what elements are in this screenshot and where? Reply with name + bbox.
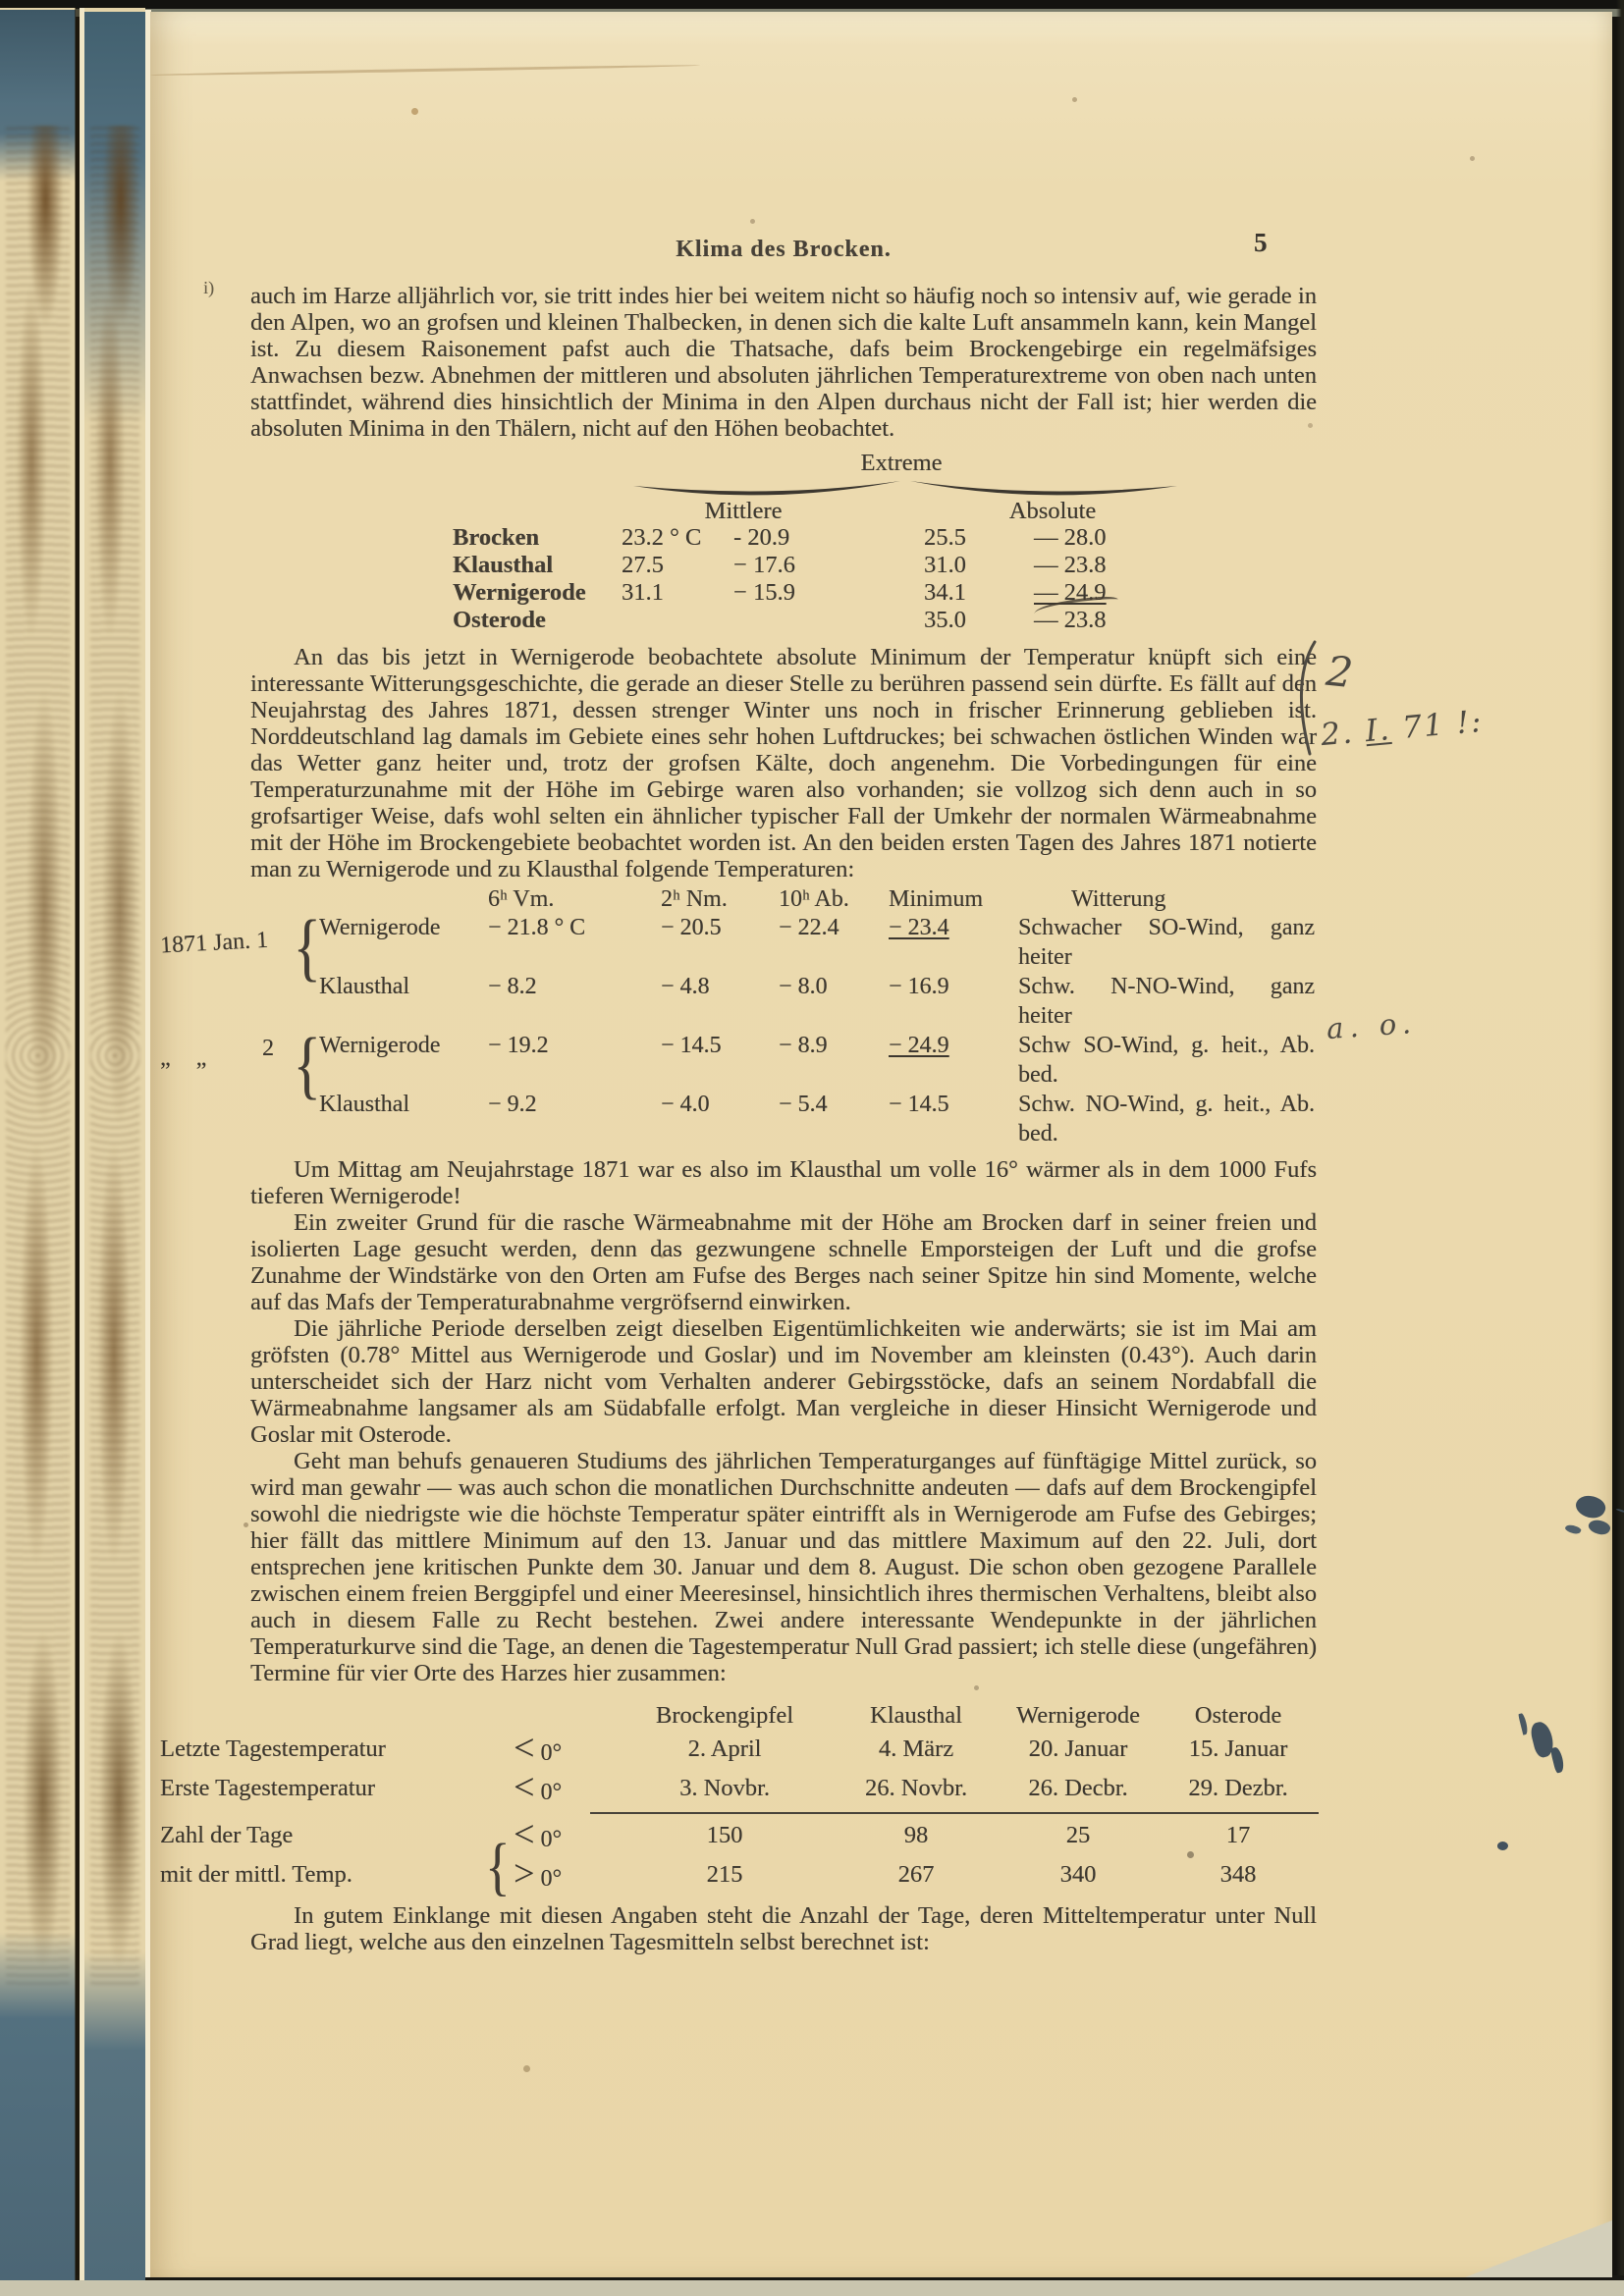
cell: − 14.5 [889,1090,1012,1148]
sign-cell: < 0° [514,1818,612,1857]
cell: − 21.8 ° C [488,913,661,972]
cell: 4. März [838,1732,995,1771]
cell-witterung: Schw. NO-Wind, g. heit., Ab. bed. [1012,1090,1315,1148]
cell: − 14.5 [661,1031,779,1090]
pencil-brace-mark [1291,640,1321,756]
cell: 31.1 [622,579,733,607]
paragraph-1: auch im Harze alljährlich vor, sie tritt… [250,283,1317,442]
paper-specks [150,12,153,15]
ink-blot [1573,1491,1608,1522]
book-scan: Klima des Brocken. 5 i) auch im Harze al… [0,0,1624,2296]
pencil-note-ao: a. o. [1326,1006,1418,1045]
cell: 25 [995,1818,1162,1857]
cell: 215 [612,1857,838,1896]
blue-tape-bottom [84,1951,145,2280]
cell: 31.0 [924,552,1034,579]
jan1871-header-row: 6ʰ Vm. 2ʰ Nm. 10ʰ Ab. Minimum Witterung [160,886,1315,913]
col-header-witterung: Witterung [1012,886,1315,913]
group-mittlere: Mittlere [622,498,865,524]
col-header-brockengipfel: Brockengipfel [612,1700,838,1732]
pencil-note-2: 2 [1325,647,1356,698]
table-row: Erste Tagestemperatur < 0° 3. Novbr. 26.… [160,1771,1315,1810]
binding-strip-inner [84,8,145,2280]
sign-cell: < 0° [514,1771,612,1810]
cell: 26. Decbr. [995,1771,1162,1810]
col-header-osterode: Osterode [1162,1700,1315,1732]
cell: 15. Januar [1162,1732,1315,1771]
station-name: Osterode [453,607,622,634]
cell: − 17.6 [733,552,867,579]
row-label: mit der mittl. Temp. [160,1857,484,1896]
cell-underlined: − 24.9 [889,1031,1012,1090]
jan1871-table: 6ʰ Vm. 2ʰ Nm. 10ʰ Ab. Minimum Witterung … [160,886,1315,1148]
cell: 23.2 ° C [622,524,733,552]
row-label: Zahl der Tage [160,1818,484,1857]
blue-tape-bottom [0,1932,76,2280]
cell: − 15.9 [733,579,867,607]
overbrace-ornament [629,477,1181,497]
station-name: Klausthal [319,972,488,1031]
pencil-note-date: 2. I. 71 !: [1320,704,1485,753]
station-name: Klausthal [319,1090,488,1148]
cell: - 20.9 [733,524,867,552]
cell: − 8.9 [779,1031,889,1090]
ink-blot [1529,1720,1556,1759]
col-header-wernigerode: Wernigerode [995,1700,1162,1732]
cell: — 28.0 [1034,524,1181,552]
row-group-brace: { [294,917,321,979]
table-row: Klausthal − 9.2 − 4.0 − 5.4 − 14.5 Schw.… [160,1090,1315,1148]
station-name: Wernigerode [319,1031,488,1090]
page-number: 5 [1254,230,1268,256]
col-header-klausthal: Klausthal [838,1700,995,1732]
cell: 348 [1162,1857,1315,1896]
cell: − 4.8 [661,972,779,1031]
cell: 20. Januar [995,1732,1162,1771]
cell: − 5.4 [779,1090,889,1148]
paper-crease [150,64,700,77]
book-page: Klima des Brocken. 5 i) auch im Harze al… [150,12,1612,2277]
table-row: Brocken 23.2 ° C - 20.9 25.5 — 28.0 [453,524,1181,552]
cell: 17 [1162,1818,1315,1857]
cell: − 16.9 [889,972,1012,1031]
cell: 98 [838,1818,995,1857]
station-name: Wernigerode [319,913,488,972]
table-row: mit der mittl. Temp. > 0° 215 267 340 34… [160,1857,1315,1896]
cell: 150 [612,1818,838,1857]
glue-stain [6,126,70,1986]
cell: 27.5 [622,552,733,579]
cell: − 4.0 [661,1090,779,1148]
row-label: Letzte Tagestemperatur [160,1732,484,1771]
termine-table: Brockengipfel Klausthal Wernigerode Oste… [160,1700,1315,1896]
cell: 340 [995,1857,1162,1896]
corner-cut [1465,2220,1612,2277]
table-row: Letzte Tagestemperatur < 0° 2. April 4. … [160,1732,1315,1771]
station-name: Wernigerode [453,579,622,607]
station-name: Brocken [453,524,622,552]
row-group-brace: { [294,1035,321,1096]
paragraph-3: Um Mittag am Neujahrstage 1871 war es al… [250,1156,1317,1209]
group-absolute: Absolute [924,498,1181,524]
page-right-edge-shadow [1616,0,1624,2296]
cell: 2. April [612,1732,838,1771]
extreme-table: Extreme Mittlere Absolute Brocken 23.2 °… [453,450,1181,634]
paragraph-2: An das bis jetzt in Wernigerode beobacht… [250,644,1317,882]
table-row: Wernigerode − 21.8 ° C − 20.5 − 22.4 − 2… [160,913,1315,972]
extreme-table-groups: Mittlere Absolute [453,498,1181,524]
table-row: Klausthal − 8.2 − 4.8 − 8.0 − 16.9 Schw.… [160,972,1315,1031]
cell: 26. Novbr. [838,1771,995,1810]
cell: − 9.2 [488,1090,661,1148]
page-header: Klima des Brocken. 5 i) [250,236,1317,269]
station-name: Klausthal [453,552,622,579]
row-label: Erste Tagestemperatur [160,1771,484,1810]
glue-stain [90,126,139,1986]
cell: 29. Dezbr. [1162,1771,1315,1810]
paragraph-5: Die jährliche Periode derselben zeigt di… [250,1315,1317,1448]
table-rule [590,1812,1319,1814]
cell: 267 [838,1857,995,1896]
sign-cell: < 0° [514,1732,612,1771]
cell: − 22.4 [779,913,889,972]
cell: − 8.2 [488,972,661,1031]
cell: 25.5 [924,524,1034,552]
ink-blot [1497,1842,1508,1850]
cell: 35.0 [924,607,1034,634]
cell: — 23.8 [1034,552,1181,579]
table-row: Wernigerode − 19.2 − 14.5 − 8.9 − 24.9 S… [160,1031,1315,1090]
col-header-10ab: 10ʰ Ab. [779,886,889,913]
cell-witterung: Schw. N-NO-Wind, ganz heiter [1012,972,1315,1031]
table-row: Zahl der Tage < 0° 150 98 25 17 [160,1818,1315,1857]
paragraph-6: Geht man behufs genaueren Studiums des j… [250,1448,1317,1686]
col-header-minimum: Minimum [889,886,1012,913]
sign-cell: > 0° [514,1857,612,1896]
termine-header-row: Brockengipfel Klausthal Wernigerode Oste… [160,1700,1315,1732]
col-header-6vm: 6ʰ Vm. [488,886,661,913]
date-label-jan2: 2 [262,1034,274,1063]
page-content: Klima des Brocken. 5 i) auch im Harze al… [250,236,1317,1955]
table-row: Klausthal 27.5 − 17.6 31.0 — 23.8 [453,552,1181,579]
book-bottom-edge [0,2275,1624,2296]
cell-underlined: − 23.4 [889,913,1012,972]
cell-witterung: Schw SO-Wind, g. heit., Ab. bed. [1012,1031,1315,1090]
print-artifact: i) [203,275,214,301]
row-group-brace: { [485,1838,510,1896]
col-header-2nm: 2ʰ Nm. [661,886,779,913]
cell: − 19.2 [488,1031,661,1090]
cell-witterung: Schwacher SO-Wind, ganz heiter [1012,913,1315,972]
extreme-table-title: Extreme [622,450,1181,476]
cell: 34.1 [924,579,1034,607]
cell: 3. Novbr. [612,1771,838,1810]
cell: − 8.0 [779,972,889,1031]
paragraph-7: In gutem Einklange mit diesen Angaben st… [250,1902,1317,1955]
cell: − 20.5 [661,913,779,972]
binding-strip-outer [0,8,76,2280]
running-header: Klima des Brocken. [676,237,892,262]
paragraph-4: Ein zweiter Grund für die rasche Wärmeab… [250,1209,1317,1315]
